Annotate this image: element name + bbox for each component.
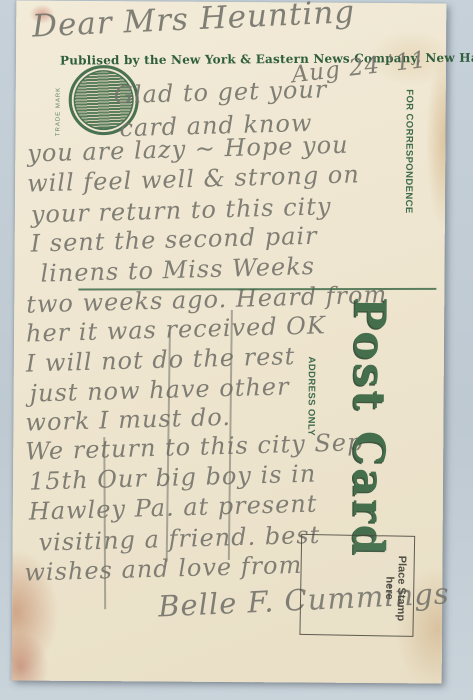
handwriting-line: I will not do the rest (25, 342, 295, 378)
address-only-label: ADDRESS ONLY (305, 357, 317, 449)
handwriting-line: work I must do. (25, 403, 231, 437)
for-correspondence-label: FOR CORRESPONDENCE (403, 89, 415, 221)
handwriting-line: Glad to get your (113, 75, 327, 109)
post-card-title: Post Card (343, 297, 394, 509)
place-stamp-here-label: Place Stamp here (383, 546, 408, 630)
trade-mark-label: TRADE MARK (55, 87, 61, 136)
postcard-scan: Dear Mrs Heunting Publised by the New Yo… (0, 0, 473, 700)
handwriting-line: Hawley Pa. at present (28, 490, 317, 526)
handwritten-salutation: Dear Mrs Heunting (31, 0, 355, 45)
stamp-box: Place Stamp here (299, 534, 415, 637)
handwriting-line: just now have other (29, 372, 290, 407)
handwriting-line: linens to Miss Weeks (40, 252, 315, 288)
postcard-back: Dear Mrs Heunting Publised by the New Yo… (12, 1, 447, 684)
handwriting-line: wishes and love from (24, 551, 303, 587)
